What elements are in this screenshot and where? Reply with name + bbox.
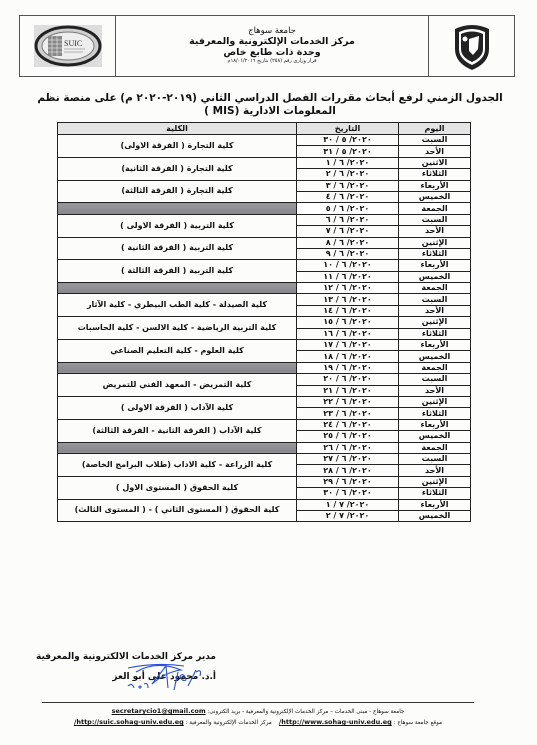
footer-address: جامعة سوهاج - مبنى الخدمات – مركز الخدما… (207, 709, 404, 715)
university-url-link[interactable]: http://www.sohag-univ.edu.eg/ (279, 718, 392, 726)
college-cell: كلية الآداب ( الفرقة الثانية - الفرقة ال… (58, 419, 297, 442)
date-cell: ٢٠٢٠/ ٦ / ١ (297, 157, 399, 168)
date-cell: ٢٠٢٠/ ٦ / ٢٠ (297, 374, 399, 385)
college-cell: كلية التربية ( الفرقة الاولى ) (58, 214, 297, 237)
day-cell: الإثنين (399, 237, 471, 248)
college-cell: كلية الآداب ( الفرقة الاولى ) (58, 396, 297, 419)
date-cell: ٢٠٢٠/ ٦ / ١٥ (297, 317, 399, 328)
footer-divider (42, 702, 474, 703)
day-cell: الثلاثاء (399, 328, 471, 339)
table-row-friday: الجمعة٢٠٢٠/ ٦ / ٢٦ (58, 442, 471, 453)
date-cell: ٢٠٢٠/ ٦ / ٩ (297, 248, 399, 259)
date-cell: ٢٠٢٠/ ٦ / ٢٥ (297, 431, 399, 442)
day-cell: الأربعاء (399, 180, 471, 191)
college-cell: كلية الحقوق ( المستوى الاول ) (58, 476, 297, 499)
day-cell: الأربعاء (399, 419, 471, 430)
college-cell: كلية التجارة ( الفرقة الثالثة) (58, 180, 297, 203)
date-cell: ٢٠٢٠/ ٦ / ٢ (297, 169, 399, 180)
date-cell: ٢٠٢٠/ ٦ / ٢٢ (297, 396, 399, 407)
header-date: التاريخ (297, 123, 399, 135)
table-row: الإثنين٢٠٢٠/ ٦ / ١٥كلية التربية الرياضية… (58, 317, 471, 328)
table-row: الاثنين٢٠٢٠/ ٦ / ١كلية التجارة ( الفرقة … (58, 157, 471, 168)
date-cell: ٢٠٢٠/ ٦ / ٧ (297, 226, 399, 237)
day-cell: السبت (399, 294, 471, 305)
date-cell: ٢٠٢٠/ ٦ / ٣ (297, 180, 399, 191)
table-row: الإثنين٢٠٢٠/ ٦ / ٢٩كلية الحقوق ( المستوى… (58, 476, 471, 487)
day-cell: الأحد (399, 385, 471, 396)
table-row: الإثنين٢٠٢٠/ ٦ / ٢٢كلية الآداب ( الفرقة … (58, 396, 471, 407)
table-row: الأربعاء٢٠٢٠/ ٦ / ٣كلية التجارة ( الفرقة… (58, 180, 471, 191)
footer-uni-site-label: موقع جامعة سوهاج : (394, 720, 442, 726)
crest-icon (451, 21, 493, 71)
date-cell: ٢٠٢٠/ ٦ / ٢٩ (297, 476, 399, 487)
table-row: السبت٢٠٢٠/ ٦ / ٦كلية التربية ( الفرقة ال… (58, 214, 471, 225)
document-title: الجدول الزمني لرفع أبحاث مقررات الفصل ال… (35, 92, 505, 118)
table-row-friday: الجمعة٢٠٢٠/ ٦ / ١٩ (58, 362, 471, 373)
college-cell: كلية التربية الرياضية - كلية الالسن - كل… (58, 317, 297, 340)
date-cell: ٢٠٢٠/ ٥ / ٣١ (297, 146, 399, 157)
date-cell: ٢٠٢٠/ ٦ / ١٦ (297, 328, 399, 339)
table-row: الأربعاء٢٠٢٠/ ٦ / ٢٤كلية الآداب ( الفرقة… (58, 419, 471, 430)
date-cell: ٢٠٢٠/ ٦ / ١٧ (297, 340, 399, 351)
header-college: الكلية (58, 123, 297, 135)
day-cell: الثلاثاء (399, 408, 471, 419)
holiday-shaded-cell (58, 283, 297, 294)
date-cell: ٢٠٢٠/ ٦ / ١٤ (297, 305, 399, 316)
date-cell: ٢٠٢٠/ ٦ / ٢٧ (297, 453, 399, 464)
day-cell: الاثنين (399, 157, 471, 168)
college-cell: كلية الزراعة - كلية الاداب (طلاب البرامج… (58, 453, 297, 476)
date-cell: ٢٠٢٠/ ٦ / ٢٦ (297, 442, 399, 453)
table-row: الأربعاء٢٠٢٠/ ٧ / ١كلية الحقوق ( المستوى… (58, 499, 471, 510)
day-cell: الأحد (399, 226, 471, 237)
college-cell: كلية التجارة ( الفرقة الثانية) (58, 157, 297, 180)
day-cell: الخميس (399, 351, 471, 362)
college-cell: كلية العلوم - كلية التعليم الصناعي (58, 340, 297, 363)
day-cell: السبت (399, 374, 471, 385)
college-cell: كلية الصيدلة - كلية الطب البيطري - كلية … (58, 294, 297, 317)
date-cell: ٢٠٢٠/ ٦ / ٢١ (297, 385, 399, 396)
letterhead: SUIC جامعة سوهاج مركز الخدمات الإلكتروني… (19, 15, 515, 77)
college-cell: كلية التربية ( الفرقة الثالثة ) (58, 260, 297, 283)
svg-text:SUIC: SUIC (64, 39, 82, 48)
letterhead-text: جامعة سوهاج مركز الخدمات الإلكترونية وال… (116, 16, 428, 76)
day-cell: الخميس (399, 191, 471, 202)
table-row: السبت٢٠٢٠/ ٥ / ٣٠كلية التجارة ( الفرقة ا… (58, 135, 471, 146)
date-cell: ٢٠٢٠/ ٦ / ٥ (297, 203, 399, 214)
date-cell: ٢٠٢٠/ ٦ / ١٩ (297, 362, 399, 373)
date-cell: ٢٠٢٠/ ٦ / ٢٨ (297, 465, 399, 476)
day-cell: الخميس (399, 431, 471, 442)
day-cell: الجمعة (399, 442, 471, 453)
college-cell: كلية التجارة ( الفرقة الاولى) (58, 135, 297, 158)
university-crest (428, 16, 514, 76)
day-cell: الثلاثاء (399, 169, 471, 180)
day-cell: الثلاثاء (399, 248, 471, 259)
day-cell: الأحد (399, 465, 471, 476)
holiday-shaded-cell (58, 362, 297, 373)
date-cell: ٢٠٢٠/ ٥ / ٣٠ (297, 135, 399, 146)
table-row-friday: الجمعة٢٠٢٠/ ٦ / ١٢ (58, 283, 471, 294)
table-row: الأربعاء٢٠٢٠/ ٦ / ١٧كلية العلوم - كلية ا… (58, 340, 471, 351)
day-cell: الأربعاء (399, 260, 471, 271)
suic-logo-icon: SUIC (33, 24, 103, 68)
footer: جامعة سوهاج - مبنى الخدمات – مركز الخدما… (40, 706, 476, 728)
holiday-shaded-cell (58, 442, 297, 453)
date-cell: ٢٠٢٠/ ٦ / ١٢ (297, 283, 399, 294)
holiday-shaded-cell (58, 203, 297, 214)
date-cell: ٢٠٢٠/ ٦ / ٢٣ (297, 408, 399, 419)
day-cell: السبت (399, 214, 471, 225)
day-cell: الجمعة (399, 362, 471, 373)
day-cell: الخميس (399, 271, 471, 282)
table-row: السبت٢٠٢٠/ ٦ / ١٣كلية الصيدلة - كلية الط… (58, 294, 471, 305)
table-row-friday: الجمعة٢٠٢٠/ ٦ / ٥ (58, 203, 471, 214)
day-cell: الأحد (399, 305, 471, 316)
date-cell: ٢٠٢٠/ ٦ / ٢٤ (297, 419, 399, 430)
table-row: الإثنين٢٠٢٠/ ٦ / ٨كلية التربية ( الفرقة … (58, 237, 471, 248)
day-cell: الأحد (399, 146, 471, 157)
day-cell: الإثنين (399, 317, 471, 328)
footer-line-1: جامعة سوهاج - مبنى الخدمات – مركز الخدما… (40, 706, 476, 717)
footer-line-2: موقع جامعة سوهاج : http://www.sohag-univ… (40, 717, 476, 728)
college-cell: كلية التمريض - المعهد الفني للتمريض (58, 374, 297, 397)
table-row: السبت٢٠٢٠/ ٦ / ٢٠كلية التمريض - المعهد ا… (58, 374, 471, 385)
suic-logo: SUIC (20, 16, 116, 76)
day-cell: السبت (399, 135, 471, 146)
date-cell: ٢٠٢٠/ ٦ / ٤ (297, 191, 399, 202)
date-cell: ٢٠٢٠/ ٧ / ٢ (297, 510, 399, 521)
day-cell: الجمعة (399, 283, 471, 294)
day-cell: الأربعاء (399, 340, 471, 351)
date-cell: ٢٠٢٠/ ٦ / ٨ (297, 237, 399, 248)
schedule-table: اليوم التاريخ الكلية السبت٢٠٢٠/ ٥ / ٣٠كل… (57, 122, 471, 522)
day-cell: الثلاثاء (399, 488, 471, 499)
day-cell: الخميس (399, 510, 471, 521)
handwritten-signature-icon (126, 658, 206, 694)
date-cell: ٢٠٢٠/ ٧ / ١ (297, 499, 399, 510)
date-cell: ٢٠٢٠/ ٦ / ١٠ (297, 260, 399, 271)
college-cell: كلية الحقوق ( المستوى الثاني ) - ( المست… (58, 499, 297, 522)
header-day: اليوم (399, 123, 471, 135)
table-header-row: اليوم التاريخ الكلية (58, 123, 471, 135)
footer-center-site-label: مركز الخدمات الإلكترونية والمعرفية : (186, 720, 272, 726)
schedule-body: السبت٢٠٢٠/ ٥ / ٣٠كلية التجارة ( الفرقة ا… (58, 135, 471, 522)
day-cell: السبت (399, 453, 471, 464)
signature-block: مدير مركز الخدمات الالكترونية والمعرفية … (36, 652, 216, 692)
date-cell: ٢٠٢٠/ ٦ / ١١ (297, 271, 399, 282)
day-cell: الإثنين (399, 396, 471, 407)
decree-text: قرار وزارى رقم (٢٥٨) بتاريخ ١٨/٠١/٢٠١٦م (228, 59, 317, 65)
day-cell: الجمعة (399, 203, 471, 214)
center-url-link[interactable]: http://suic.sohag-univ.edu.eg/ (74, 718, 184, 726)
table-row: الأربعاء٢٠٢٠/ ٦ / ١٠كلية التربية ( الفرق… (58, 260, 471, 271)
date-cell: ٢٠٢٠/ ٦ / ١٣ (297, 294, 399, 305)
day-cell: الأربعاء (399, 499, 471, 510)
date-cell: ٢٠٢٠/ ٦ / ٣٠ (297, 488, 399, 499)
college-cell: كلية التربية ( الفرقة الثانية ) (58, 237, 297, 260)
table-row: السبت٢٠٢٠/ ٦ / ٢٧كلية الزراعة - كلية الا… (58, 453, 471, 464)
date-cell: ٢٠٢٠/ ٦ / ٦ (297, 214, 399, 225)
email-link[interactable]: secretarycio1@gmail.com (112, 707, 206, 715)
date-cell: ٢٠٢٠/ ٦ / ١٨ (297, 351, 399, 362)
day-cell: الإثنين (399, 476, 471, 487)
